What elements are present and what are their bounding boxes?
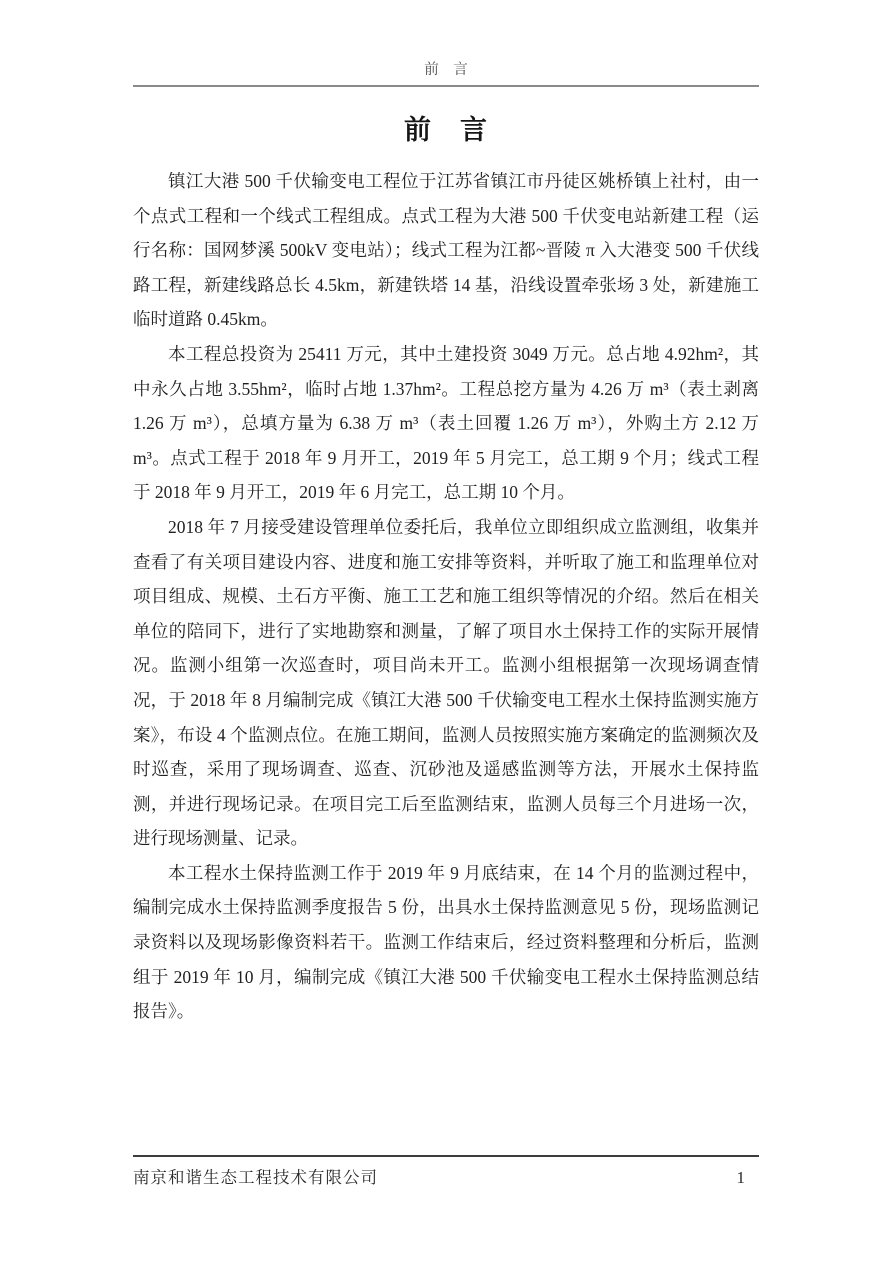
running-header-title: 前 言 — [424, 62, 468, 78]
footer-page-number: 1 — [737, 1168, 760, 1188]
page-footer: 南京和谐生态工程技术有限公司 1 — [133, 1155, 759, 1188]
document-body: 镇江大港 500 千伏输变电工程位于江苏省镇江市丹徒区姚桥镇上社村，由一个点式工… — [133, 164, 759, 1029]
running-header: 前 言 — [133, 58, 759, 87]
document-page: 前 言 前 言 镇江大港 500 千伏输变电工程位于江苏省镇江市丹徒区姚桥镇上社… — [0, 0, 892, 1263]
paragraph-project-overview: 镇江大港 500 千伏输变电工程位于江苏省镇江市丹徒区姚桥镇上社村，由一个点式工… — [133, 164, 759, 337]
footer-company-name: 南京和谐生态工程技术有限公司 — [133, 1164, 378, 1188]
paragraph-monitoring-conclusion: 本工程水土保持监测工作于 2019 年 9 月底结束，在 14 个月的监测过程中… — [133, 856, 759, 1029]
paragraph-investment-earthwork: 本工程总投资为 25411 万元，其中土建投资 3049 万元。总占地 4.92… — [133, 337, 759, 510]
page-title: 前 言 — [133, 108, 759, 147]
paragraph-monitoring-process: 2018 年 7 月接受建设管理单位委托后，我单位立即组织成立监测组，收集并查看… — [133, 510, 759, 856]
